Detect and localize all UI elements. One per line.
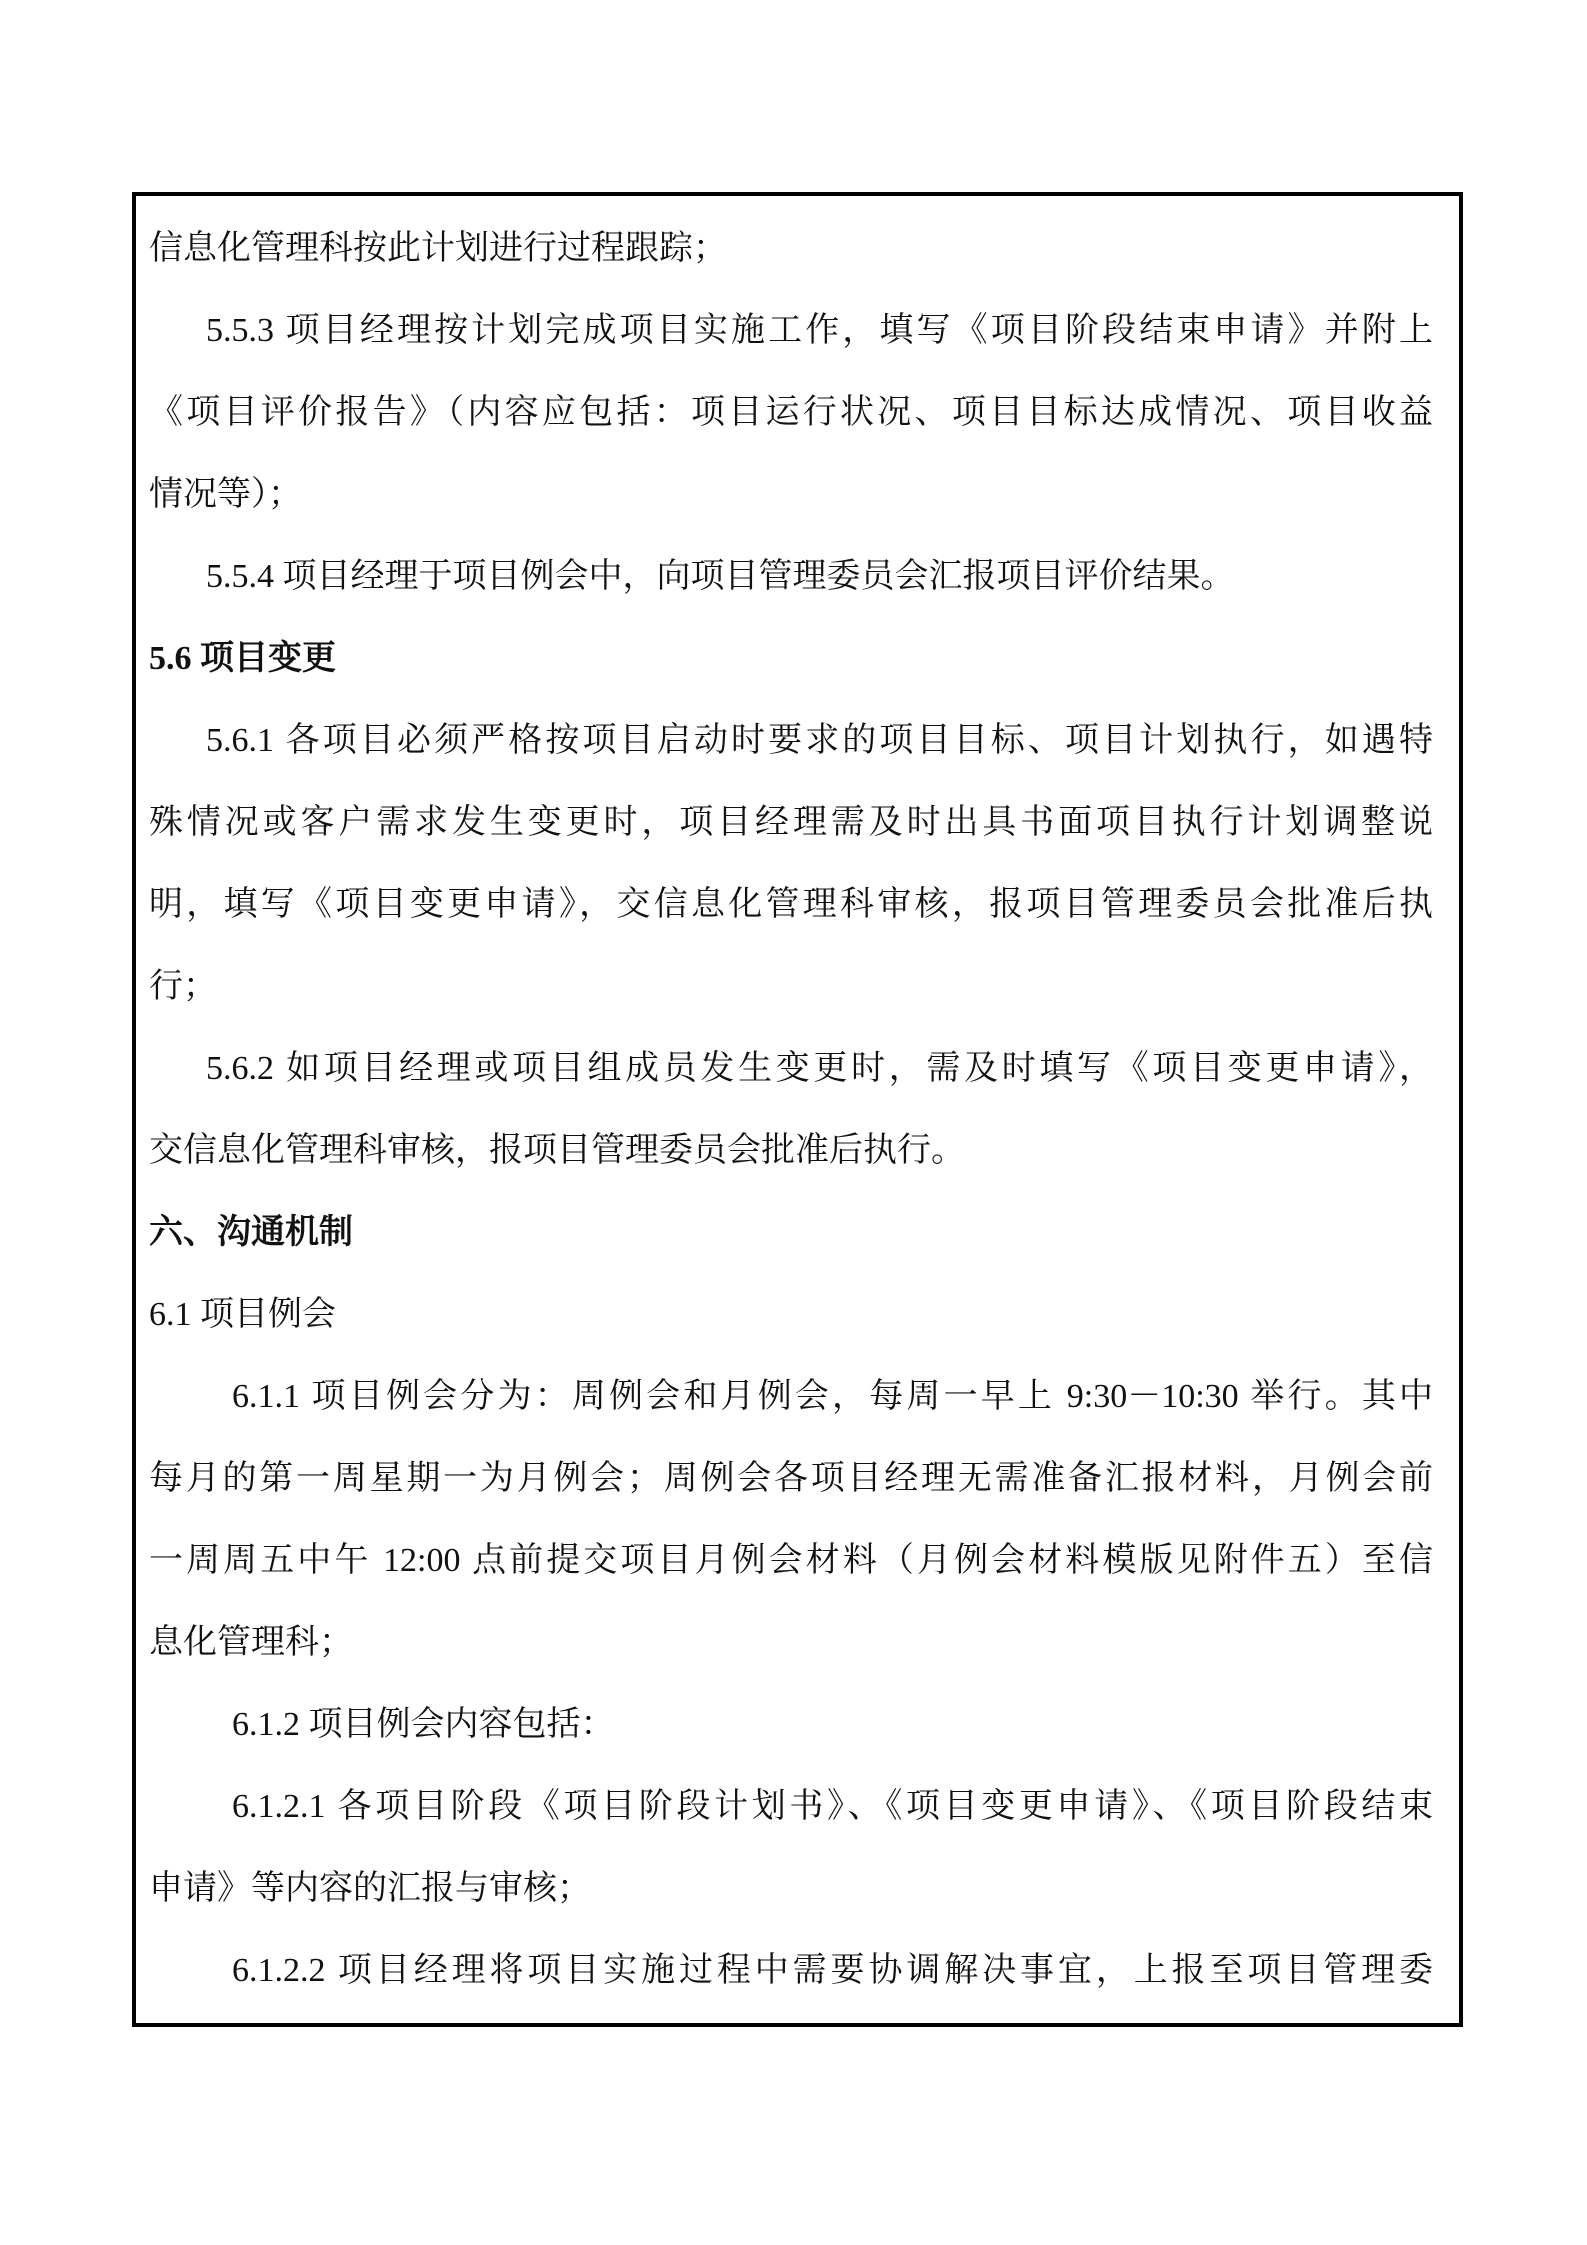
text-line: 5.5.3 项目经理按计划完成项目实施工作，填写《项目阶段结束申请》并附上 (149, 290, 1433, 372)
section-heading-line: 六、沟通机制 (149, 1192, 1433, 1274)
text-line: 交信息化管理科审核，报项目管理委员会批准后执行。 (149, 1110, 1433, 1192)
text-line: 情况等）； (149, 454, 1433, 536)
text-line: 6.1.1 项目例会分为：周例会和月例会，每周一早上 9:30－10:30 举行… (149, 1356, 1433, 1438)
text-line: 5.6.1 各项目必须严格按项目启动时要求的项目目标、项目计划执行，如遇特 (149, 700, 1433, 782)
text-line: 信息化管理科按此计划进行过程跟踪； (149, 208, 1433, 290)
text-line: 殊情况或客户需求发生变更时，项目经理需及时出具书面项目执行计划调整说 (149, 782, 1433, 864)
text-line: 申请》等内容的汇报与审核； (149, 1848, 1433, 1930)
text-line: 6.1.2 项目例会内容包括： (149, 1684, 1433, 1766)
text-line: 6.1.2.1 各项目阶段《项目阶段计划书》、《项目变更申请》、《项目阶段结束 (149, 1766, 1433, 1848)
text-line: 《项目评价报告》（内容应包括：项目运行状况、项目目标达成情况、项目收益 (149, 372, 1433, 454)
text-line: 明，填写《项目变更申请》，交信息化管理科审核，报项目管理委员会批准后执 (149, 864, 1433, 946)
text-line: 行； (149, 946, 1433, 1028)
document-page: 信息化管理科按此计划进行过程跟踪；5.5.3 项目经理按计划完成项目实施工作，填… (0, 0, 1587, 2245)
text-line: 一周周五中午 12:00 点前提交项目月例会材料（月例会材料模版见附件五）至信 (149, 1520, 1433, 1602)
text-line: 6.1 项目例会 (149, 1274, 1433, 1356)
text-line: 每月的第一周星期一为月例会；周例会各项目经理无需准备汇报材料，月例会前 (149, 1438, 1433, 1520)
text-line: 5.6.2 如项目经理或项目组成员发生变更时，需及时填写《项目变更申请》， (149, 1028, 1433, 1110)
text-line: 息化管理科； (149, 1602, 1433, 1684)
content-border-box: 信息化管理科按此计划进行过程跟踪；5.5.3 项目经理按计划完成项目实施工作，填… (132, 192, 1463, 2027)
text-lines: 信息化管理科按此计划进行过程跟踪；5.5.3 项目经理按计划完成项目实施工作，填… (149, 208, 1433, 2012)
text-line: 5.5.4 项目经理于项目例会中，向项目管理委员会汇报项目评价结果。 (149, 536, 1433, 618)
section-heading-line: 5.6 项目变更 (149, 618, 1433, 700)
text-line: 6.1.2.2 项目经理将项目实施过程中需要协调解决事宜，上报至项目管理委 (149, 1930, 1433, 2012)
